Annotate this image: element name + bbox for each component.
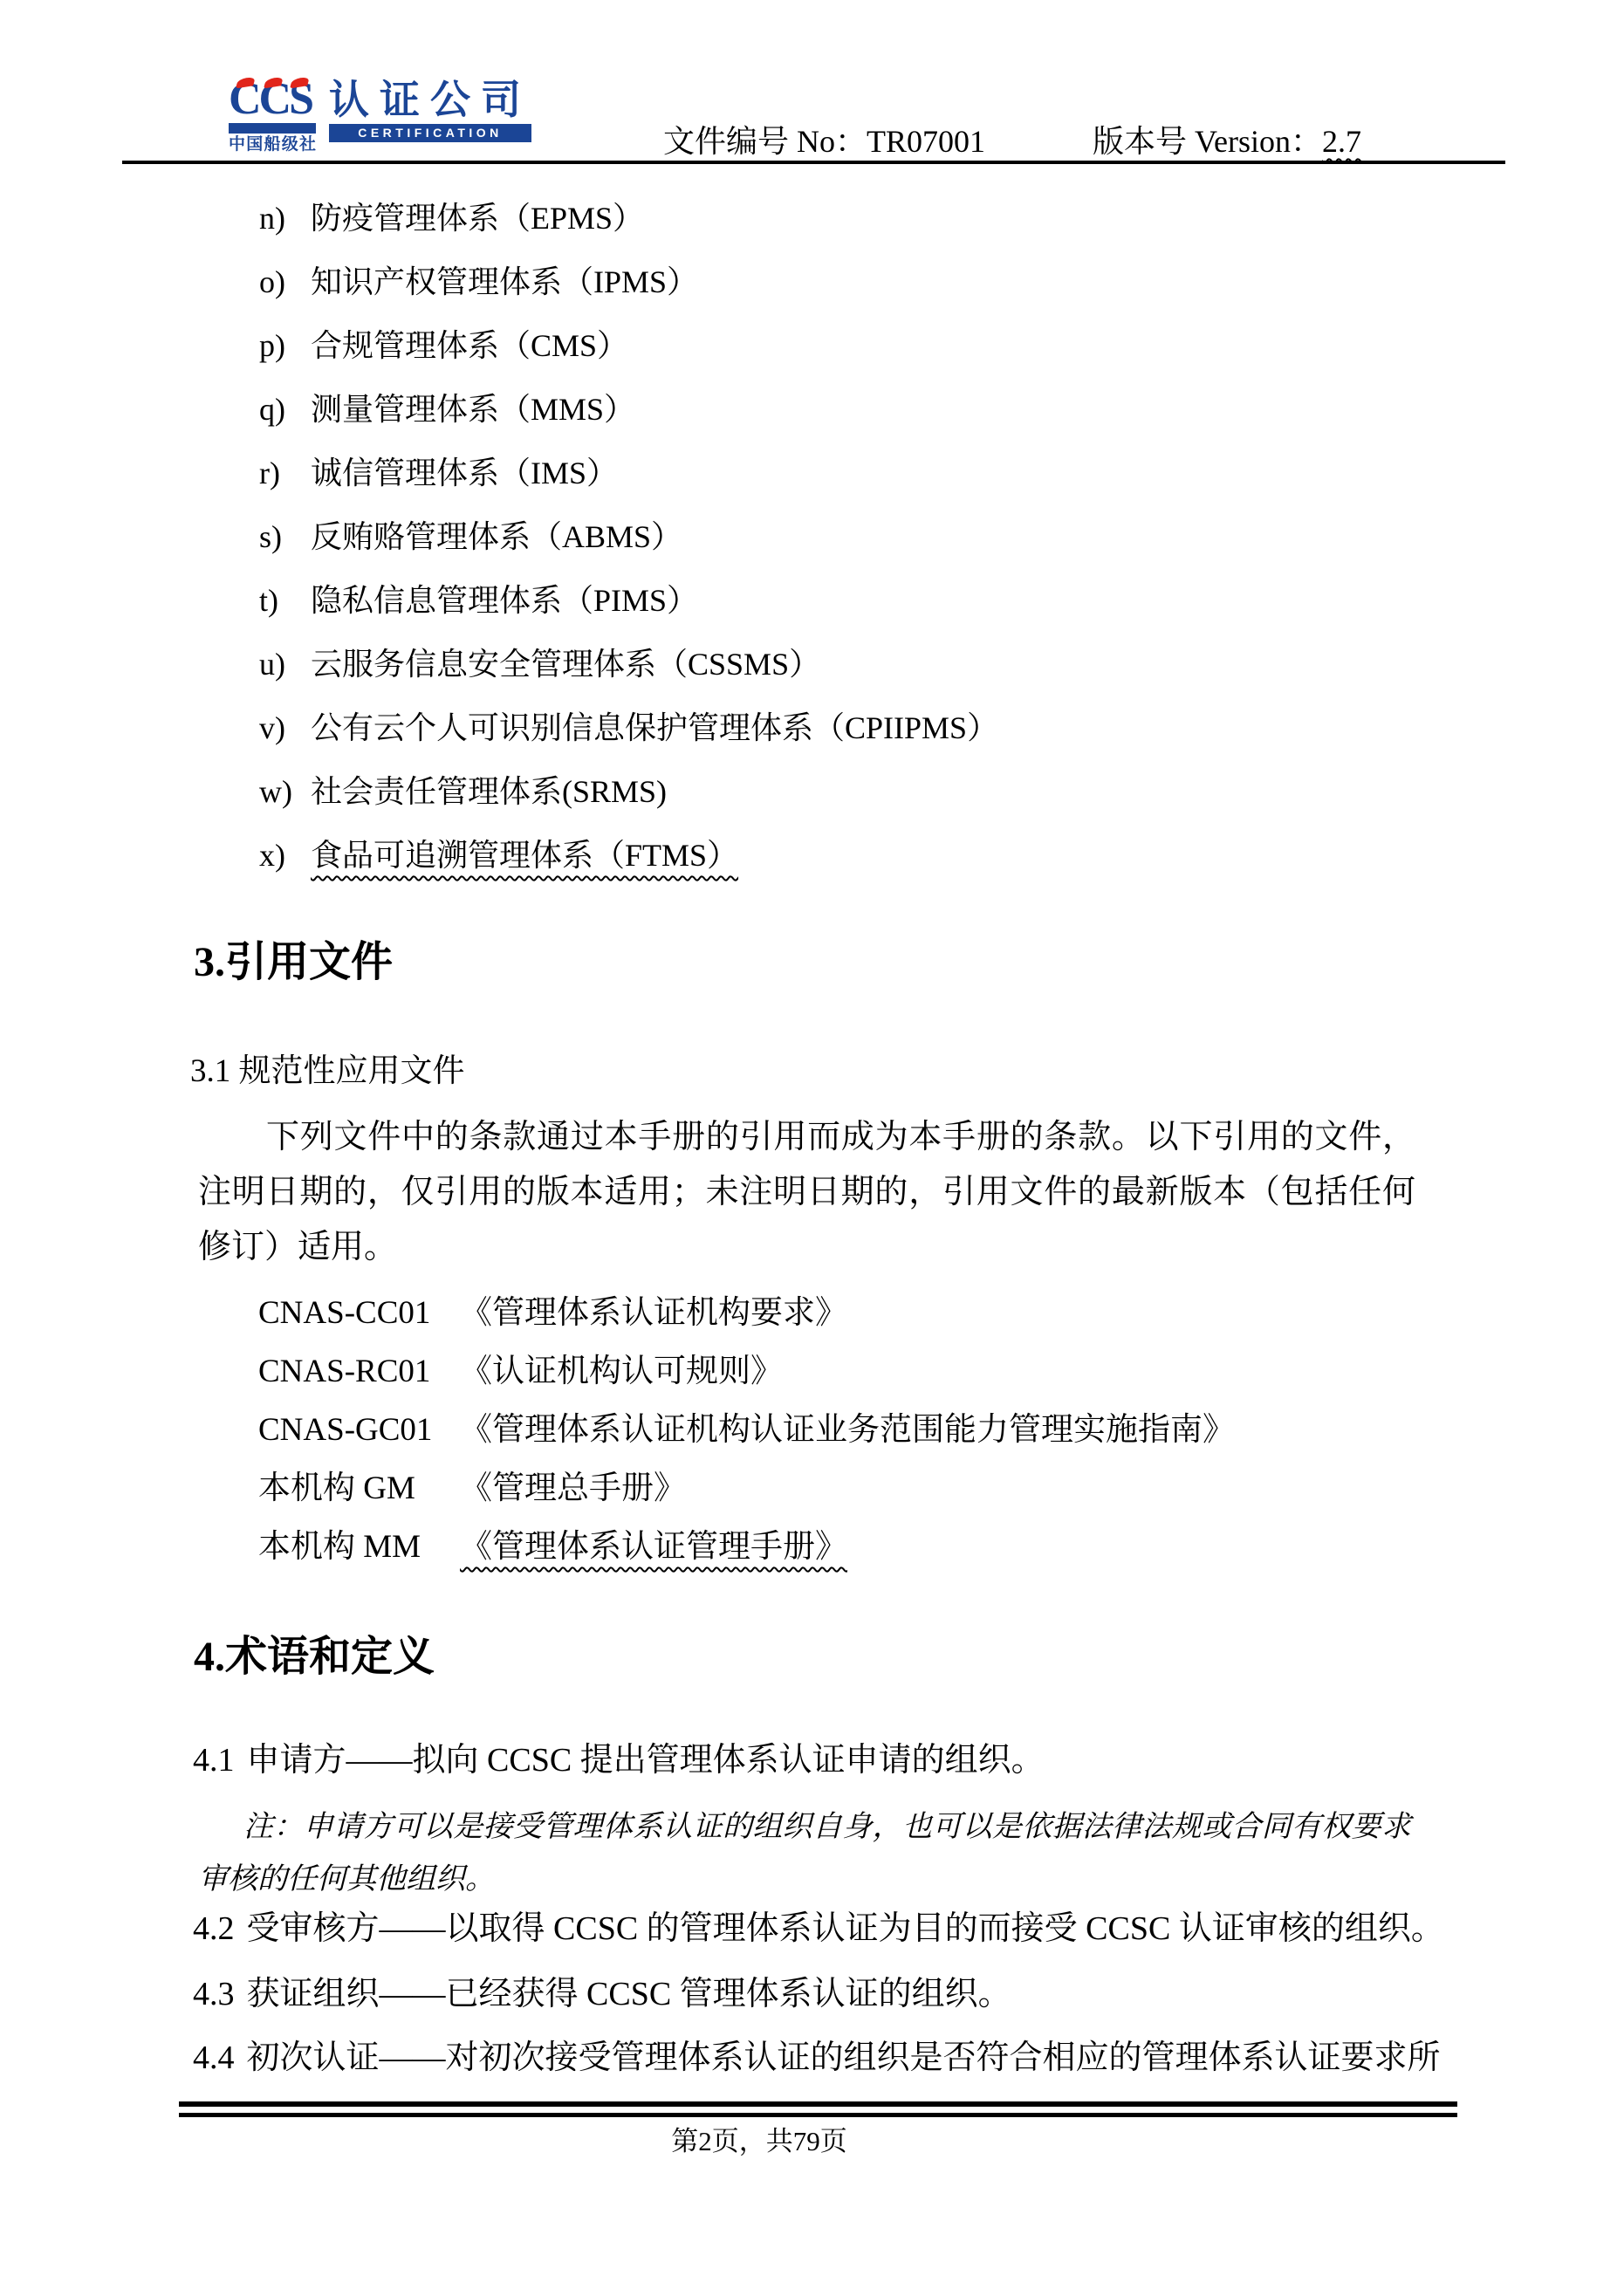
section-3-1-subheading: 3.1 规范性应用文件 [190,1054,465,1089]
reference-title: 《管理体系认证机构认证业务范围能力管理实施指南》 [460,1401,1235,1459]
list-item: p)合规管理体系（CMS） [259,314,998,378]
term-text: 获证组织——已经获得 CCSC 管理体系认证的组织。 [247,1976,1011,2012]
list-item: o)知识产权管理体系（IPMS） [259,250,998,314]
reference-row: CNAS-RC01《认证机构认可规则》 [258,1342,1235,1401]
list-text: 诚信管理体系（IMS） [311,456,618,490]
reference-row: 本机构 GM《管理总手册》 [258,1459,1235,1518]
society-name-cn: 中 国 船 级 社 [229,136,316,154]
list-marker: s) [259,505,311,569]
document-page: CCS 中 国 船 级 社 认证公司 CERTIFICATION 文件编号 No… [0,0,1624,2276]
page-number: 第2页，共79页 [0,2124,1518,2159]
term-text: 初次认证——对初次接受管理体系认证的组织是否符合相应的管理体系认证要求所 [247,2039,1441,2076]
ccs-logo-right: 认证公司 CERTIFICATION [329,80,531,142]
term-number: 4.4 [193,2039,235,2076]
version-value: 2.7 [1322,124,1361,159]
reference-code: 本机构 GM [258,1459,460,1518]
term-text: 申请方——拟向 CCSC 提出管理体系认证申请的组织。 [247,1742,1045,1779]
reference-title: 《管理体系认证机构要求》 [460,1284,847,1342]
society-cn-char: 社 [299,136,316,154]
management-system-list: n)防疫管理体系（EPMS） o)知识产权管理体系（IPMS） p)合规管理体系… [259,187,998,888]
section-3-1-paragraph: 下列文件中的条款通过本手册的引用而成为本手册的条款。以下引用的文件，注明日期的，… [198,1110,1415,1275]
list-marker: x) [259,824,311,888]
footer-divider-thin [179,2113,1457,2117]
reference-code: CNAS-CC01 [258,1284,460,1342]
list-item: r)诚信管理体系（IMS） [259,442,998,505]
term-number: 4.1 [193,1742,235,1779]
list-marker: o) [259,250,311,314]
society-name-en [229,123,316,134]
term-number: 4.3 [193,1976,235,2012]
reference-title: 《管理总手册》 [460,1459,686,1518]
list-text: 社会责任管理体系(SRMS) [311,774,667,809]
list-text: 反贿赂管理体系（ABMS） [311,519,682,554]
list-text: 云服务信息安全管理体系（CSSMS） [311,647,820,682]
footer-divider-thick [179,2101,1457,2107]
term-text: 受审核方——以取得 CCSC 的管理体系认证为目的而接受 CCSC 认证审核的组… [247,1910,1444,1947]
society-cn-char: 国 [246,136,263,154]
list-text: 合规管理体系（CMS） [311,328,628,363]
version: 版本号 Version：2.7 [1093,117,1361,161]
list-marker: n) [259,187,311,250]
reference-list: CNAS-CC01《管理体系认证机构要求》 CNAS-RC01《认证机构认可规则… [258,1284,1235,1576]
list-marker: p) [259,314,311,378]
list-text: 隐私信息管理体系（PIMS） [311,583,698,618]
list-text: 公有云个人可识别信息保护管理体系（CPIIPMS） [311,710,998,745]
certification-banner: CERTIFICATION [329,124,531,142]
doc-number-value: TR07001 [867,124,985,159]
reference-row: CNAS-GC01《管理体系认证机构认证业务范围能力管理实施指南》 [258,1401,1235,1459]
society-cn-char: 船 [264,136,280,154]
section-3-heading: 3.引用文件 [194,941,393,984]
term-number: 4.2 [193,1910,235,1947]
list-item: q)测量管理体系（MMS） [259,378,998,442]
reference-row: CNAS-CC01《管理体系认证机构要求》 [258,1284,1235,1342]
ccs-acronym-block: CCS [229,80,316,120]
reference-title: 《认证机构认可规则》 [460,1342,783,1401]
doc-number-label: 文件编号 No： [663,124,867,159]
reference-row: 本机构 MM《管理体系认证管理手册》 [258,1518,1235,1576]
society-cn-char: 中 [229,136,245,154]
company-name-cn: 认证公司 [329,81,531,120]
section-4-heading: 4.术语和定义 [194,1635,435,1679]
list-item: v)公有云个人可识别信息保护管理体系（CPIIPMS） [259,696,998,760]
society-cn-char: 级 [282,136,298,154]
list-item: n)防疫管理体系（EPMS） [259,187,998,250]
list-marker: q) [259,378,311,442]
list-marker: t) [259,569,311,633]
list-text: 防疫管理体系（EPMS） [311,201,644,236]
ccs-logo: CCS 中 国 船 级 社 认证公司 CERTIFICATION [229,80,531,154]
list-item: w)社会责任管理体系(SRMS) [259,760,998,824]
doc-number: 文件编号 No：TR07001 [663,117,985,161]
reference-title: 《管理体系认证管理手册》 [460,1518,847,1576]
term-4-1-note: 注：申请方可以是接受管理体系认证的组织自身，也可以是依据法律法规或合同有权要求审… [198,1801,1411,1906]
list-text: 测量管理体系（MMS） [311,392,635,427]
list-item: u)云服务信息安全管理体系（CSSMS） [259,633,998,696]
reference-code: CNAS-RC01 [258,1342,460,1401]
list-marker: v) [259,696,311,760]
list-marker: u) [259,633,311,696]
header-divider [122,161,1505,164]
term-4-1: 4.1申请方——拟向 CCSC 提出管理体系认证申请的组织。 [193,1744,1045,1777]
reference-code: CNAS-GC01 [258,1401,460,1459]
term-4-2: 4.2受审核方——以取得 CCSC 的管理体系认证为目的而接受 CCSC 认证审… [193,1912,1444,1945]
reference-code: 本机构 MM [258,1518,460,1576]
list-marker: w) [259,760,311,824]
version-label: 版本号 Version： [1093,124,1322,159]
list-item: t)隐私信息管理体系（PIMS） [259,569,998,633]
list-text: 食品可追溯管理体系（FTMS） [311,838,738,873]
list-item: s)反贿赂管理体系（ABMS） [259,505,998,569]
ccs-logo-left: CCS 中 国 船 级 社 [229,80,316,154]
term-4-3: 4.3获证组织——已经获得 CCSC 管理体系认证的组织。 [193,1978,1011,2011]
list-text: 知识产权管理体系（IPMS） [311,264,698,299]
term-4-4: 4.4初次认证——对初次接受管理体系认证的组织是否符合相应的管理体系认证要求所 [193,2041,1441,2074]
list-item: x)食品可追溯管理体系（FTMS） [259,824,998,888]
list-marker: r) [259,442,311,505]
